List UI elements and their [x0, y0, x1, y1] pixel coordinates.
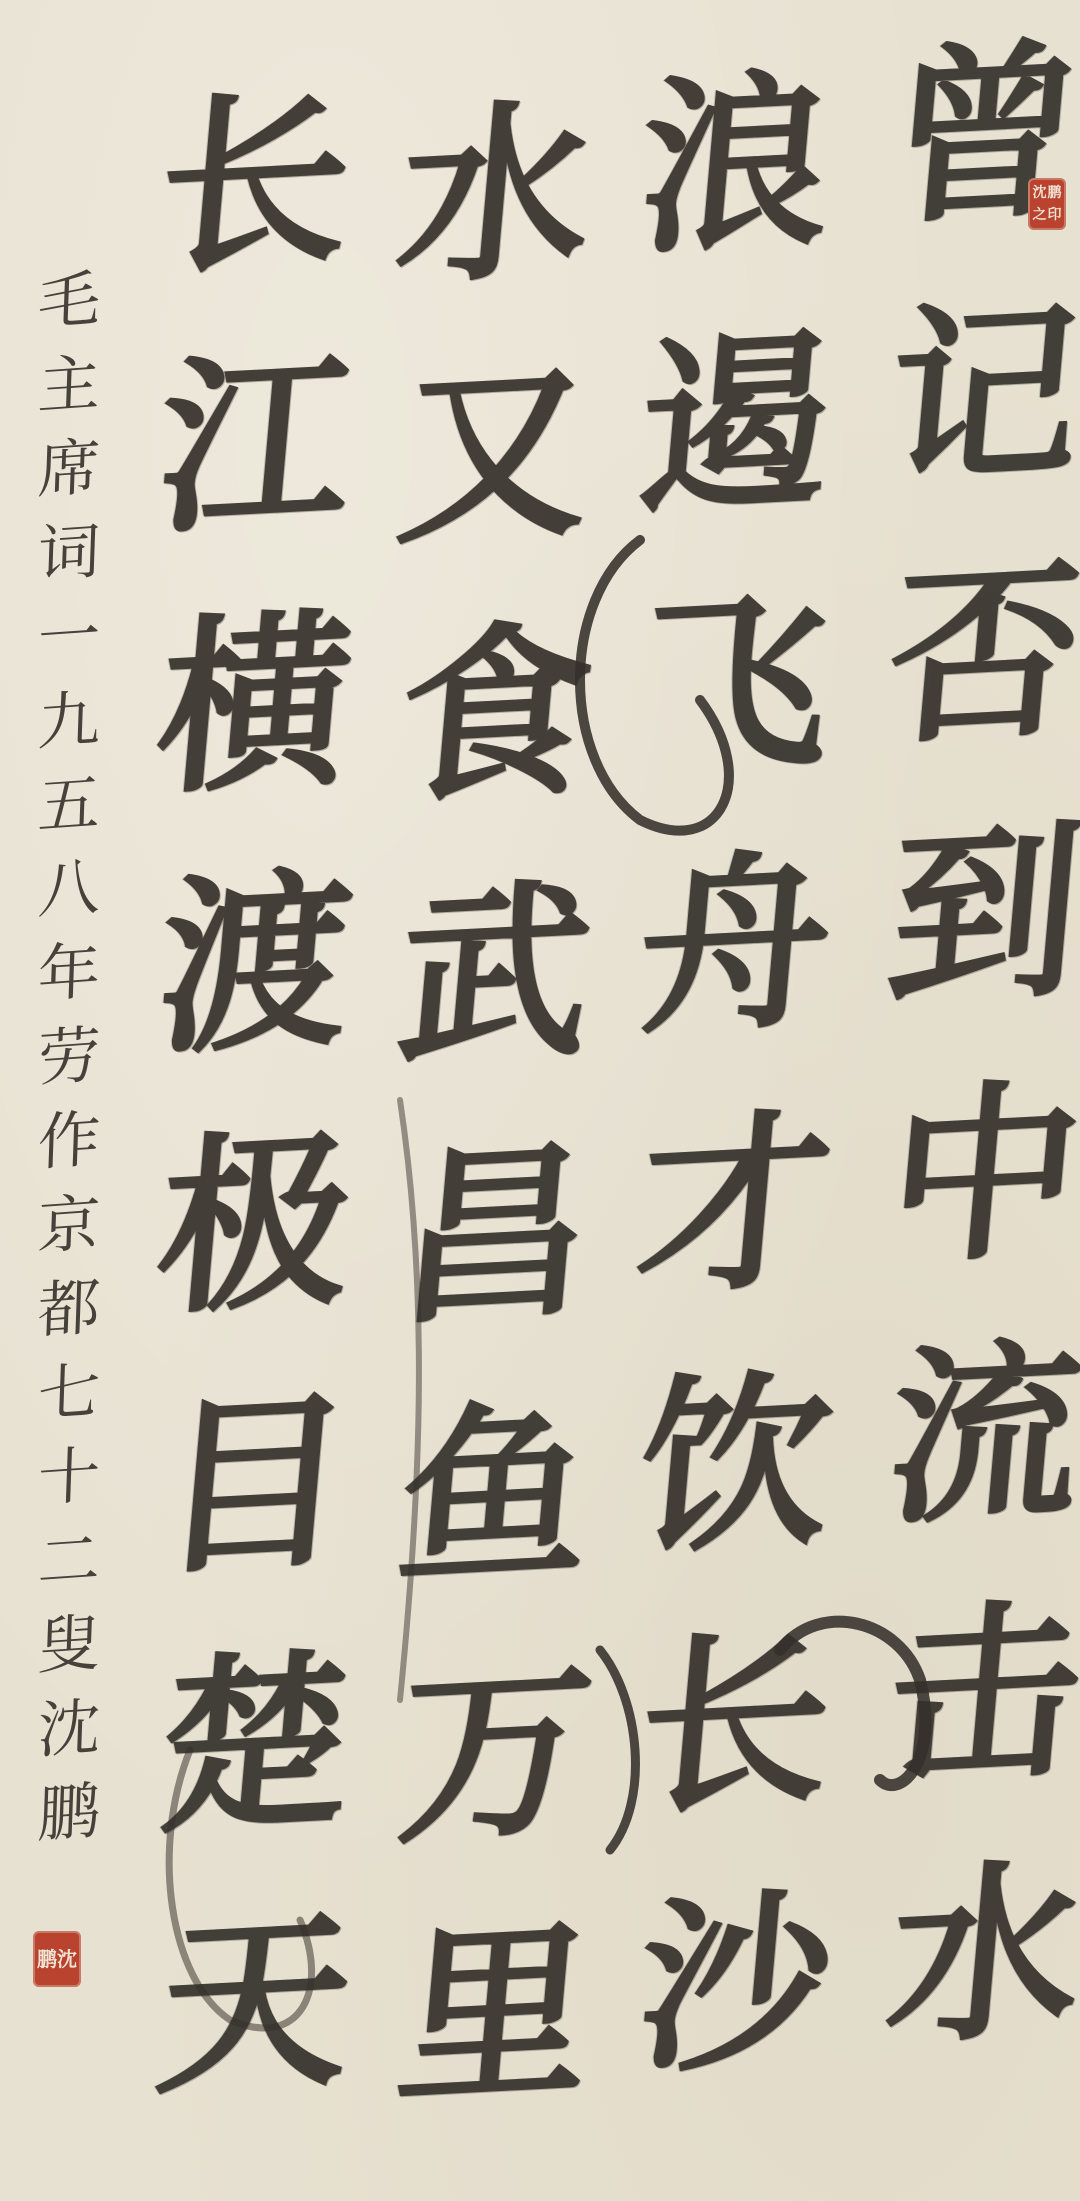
seal-glyph: 鹏 — [1047, 182, 1062, 204]
glyph: 击 — [881, 1595, 1080, 1795]
calligraphy-column-3: 水 又 食 武 昌 鱼 万 里 — [400, 100, 590, 2180]
glyph: 记 — [881, 295, 1080, 495]
inscription-glyph: 九 — [37, 688, 101, 754]
glyph: 长 — [151, 85, 359, 285]
glyph: 流 — [881, 1335, 1080, 1535]
glyph: 水 — [391, 95, 599, 295]
glyph: 里 — [391, 1915, 599, 2115]
glyph: 楚 — [151, 1645, 359, 1845]
glyph: 天 — [151, 1905, 359, 2105]
glyph: 横 — [151, 605, 359, 805]
calligraphy-column-4: 长 江 横 渡 极 目 楚 天 — [160, 90, 350, 2170]
inscription-column: 毛 主 席 词 一 九 五 八 年 劳 作 京 都 七 十 二 叟 沈 鹏 — [38, 270, 100, 1866]
glyph: 鱼 — [391, 1395, 599, 1595]
glyph: 沙 — [631, 1885, 839, 2085]
signature-glyph: 沈 — [37, 1696, 101, 1762]
glyph: 目 — [151, 1385, 359, 1585]
inscription-glyph: 京 — [37, 1192, 101, 1258]
inscription-glyph: 作 — [37, 1108, 101, 1174]
seal-glyph: 沈 — [1032, 182, 1047, 204]
glyph: 武 — [391, 875, 599, 1075]
glyph: 飞 — [631, 585, 839, 785]
seal-glyph: 鹏 — [37, 1935, 57, 1983]
signature-glyph: 鹏 — [37, 1780, 101, 1846]
glyph: 水 — [881, 1855, 1080, 2055]
inscription-glyph: 年 — [37, 940, 101, 1006]
inscription-glyph: 五 — [37, 772, 101, 838]
glyph: 长 — [631, 1625, 839, 1825]
inscription-glyph: 叟 — [37, 1612, 101, 1678]
glyph: 江 — [151, 345, 359, 545]
glyph: 饮 — [631, 1365, 839, 1565]
inscription-glyph: 词 — [37, 520, 101, 586]
inscription-glyph: 都 — [37, 1276, 101, 1342]
seal-bottom-left: 鹏 沈 — [33, 1931, 81, 1987]
calligraphy-column-1: 曾 记 否 到 中 流 击 水 — [890, 40, 1080, 2120]
inscription-glyph: 八 — [37, 856, 101, 922]
inscription-glyph: 十 — [37, 1444, 101, 1510]
inscription-glyph: 主 — [37, 352, 101, 418]
inscription-glyph: 毛 — [37, 268, 101, 334]
glyph: 昌 — [391, 1135, 599, 1335]
inscription-glyph: 席 — [37, 436, 101, 502]
inscription-glyph: 一 — [37, 604, 101, 670]
calligraphy-column-2: 浪 遏 飞 舟 才 饮 长 沙 — [640, 70, 830, 2150]
seal-glyph: 印 — [1047, 204, 1062, 226]
glyph: 极 — [151, 1125, 359, 1325]
inscription-glyph: 劳 — [37, 1024, 101, 1090]
glyph: 才 — [631, 1105, 839, 1305]
seal-glyph: 之 — [1032, 204, 1047, 226]
glyph: 到 — [881, 815, 1080, 1015]
inscription-glyph: 二 — [37, 1528, 101, 1594]
glyph: 渡 — [151, 865, 359, 1065]
glyph: 否 — [881, 555, 1080, 755]
seal-glyph: 沈 — [57, 1935, 77, 1983]
inscription-glyph: 七 — [37, 1360, 101, 1426]
glyph: 遏 — [631, 325, 839, 525]
seal-top-right: 沈 鹏 之 印 — [1028, 178, 1066, 230]
glyph: 浪 — [631, 65, 839, 265]
glyph: 又 — [391, 355, 599, 555]
glyph: 舟 — [631, 845, 839, 1045]
glyph: 食 — [391, 615, 599, 815]
glyph: 万 — [391, 1655, 599, 1855]
glyph: 中 — [881, 1075, 1080, 1275]
